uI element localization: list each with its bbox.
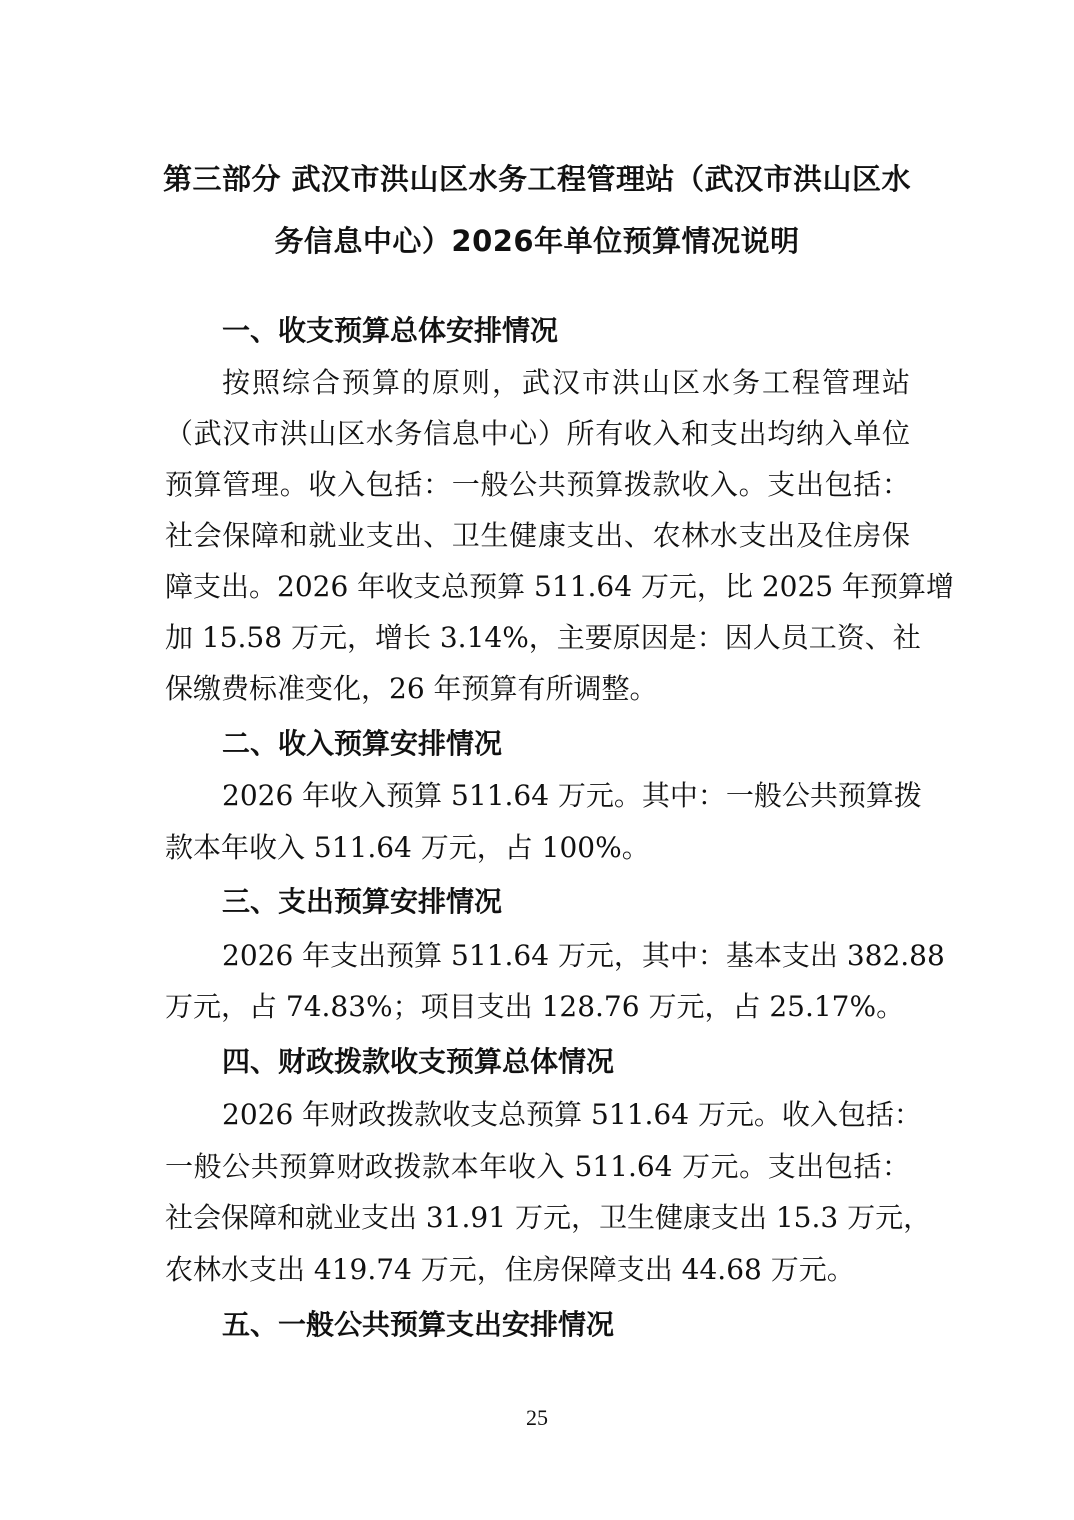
- section-5-heading: 五、一般公共预算支出安排情况: [222, 1303, 614, 1343]
- section-4-paragraph-line: 2026 年财政拨款收支总预算 511.64 万元。收入包括：: [222, 1093, 910, 1133]
- page-number: 25: [0, 1405, 1074, 1431]
- section-3-heading: 三、支出预算安排情况: [222, 880, 502, 920]
- section-1-paragraph-line: 保缴费标准变化，26 年预算有所调整。: [165, 667, 910, 707]
- section-3-paragraph-line: 万元，占 74.83%；项目支出 128.76 万元，占 25.17%。: [165, 985, 910, 1025]
- document-title-line-1: 第三部分 武汉市洪山区水务工程管理站（武汉市洪山区水: [0, 157, 1074, 198]
- section-4-heading: 四、财政拨款收支预算总体情况: [222, 1040, 614, 1080]
- section-1-paragraph-line: 社会保障和就业支出、卫生健康支出、农林水支出及住房保: [165, 514, 910, 554]
- section-4-paragraph-line: 农林水支出 419.74 万元，住房保障支出 44.68 万元。: [165, 1248, 910, 1288]
- section-4-paragraph-line: 一般公共预算财政拨款本年收入 511.64 万元。支出包括：: [165, 1145, 910, 1185]
- section-2-heading: 二、收入预算安排情况: [222, 722, 502, 762]
- section-1-paragraph-line: 加 15.58 万元，增长 3.14%，主要原因是：因人员工资、社: [165, 616, 910, 656]
- section-1-paragraph-line: 按照综合预算的原则，武汉市洪山区水务工程管理站: [222, 361, 910, 401]
- section-1-paragraph-line: 预算管理。收入包括：一般公共预算拨款收入。支出包括：: [165, 463, 910, 503]
- section-4-paragraph-line: 社会保障和就业支出 31.91 万元，卫生健康支出 15.3 万元，: [165, 1196, 910, 1236]
- document-title-line-2: 务信息中心）2026年单位预算情况说明: [0, 219, 1074, 260]
- section-1-heading: 一、收支预算总体安排情况: [222, 309, 558, 349]
- section-2-paragraph-line: 款本年收入 511.64 万元，占 100%。: [165, 826, 910, 866]
- document-page: 第三部分 武汉市洪山区水务工程管理站（武汉市洪山区水 务信息中心）2026年单位…: [0, 0, 1074, 1520]
- section-2-paragraph-line: 2026 年收入预算 511.64 万元。其中：一般公共预算拨: [222, 774, 910, 814]
- section-3-paragraph-line: 2026 年支出预算 511.64 万元，其中：基本支出 382.88: [222, 934, 910, 974]
- section-1-paragraph-line: （武汉市洪山区水务信息中心）所有收入和支出均纳入单位: [165, 412, 910, 452]
- section-1-paragraph-line: 障支出。2026 年收支总预算 511.64 万元，比 2025 年预算增: [165, 565, 910, 605]
